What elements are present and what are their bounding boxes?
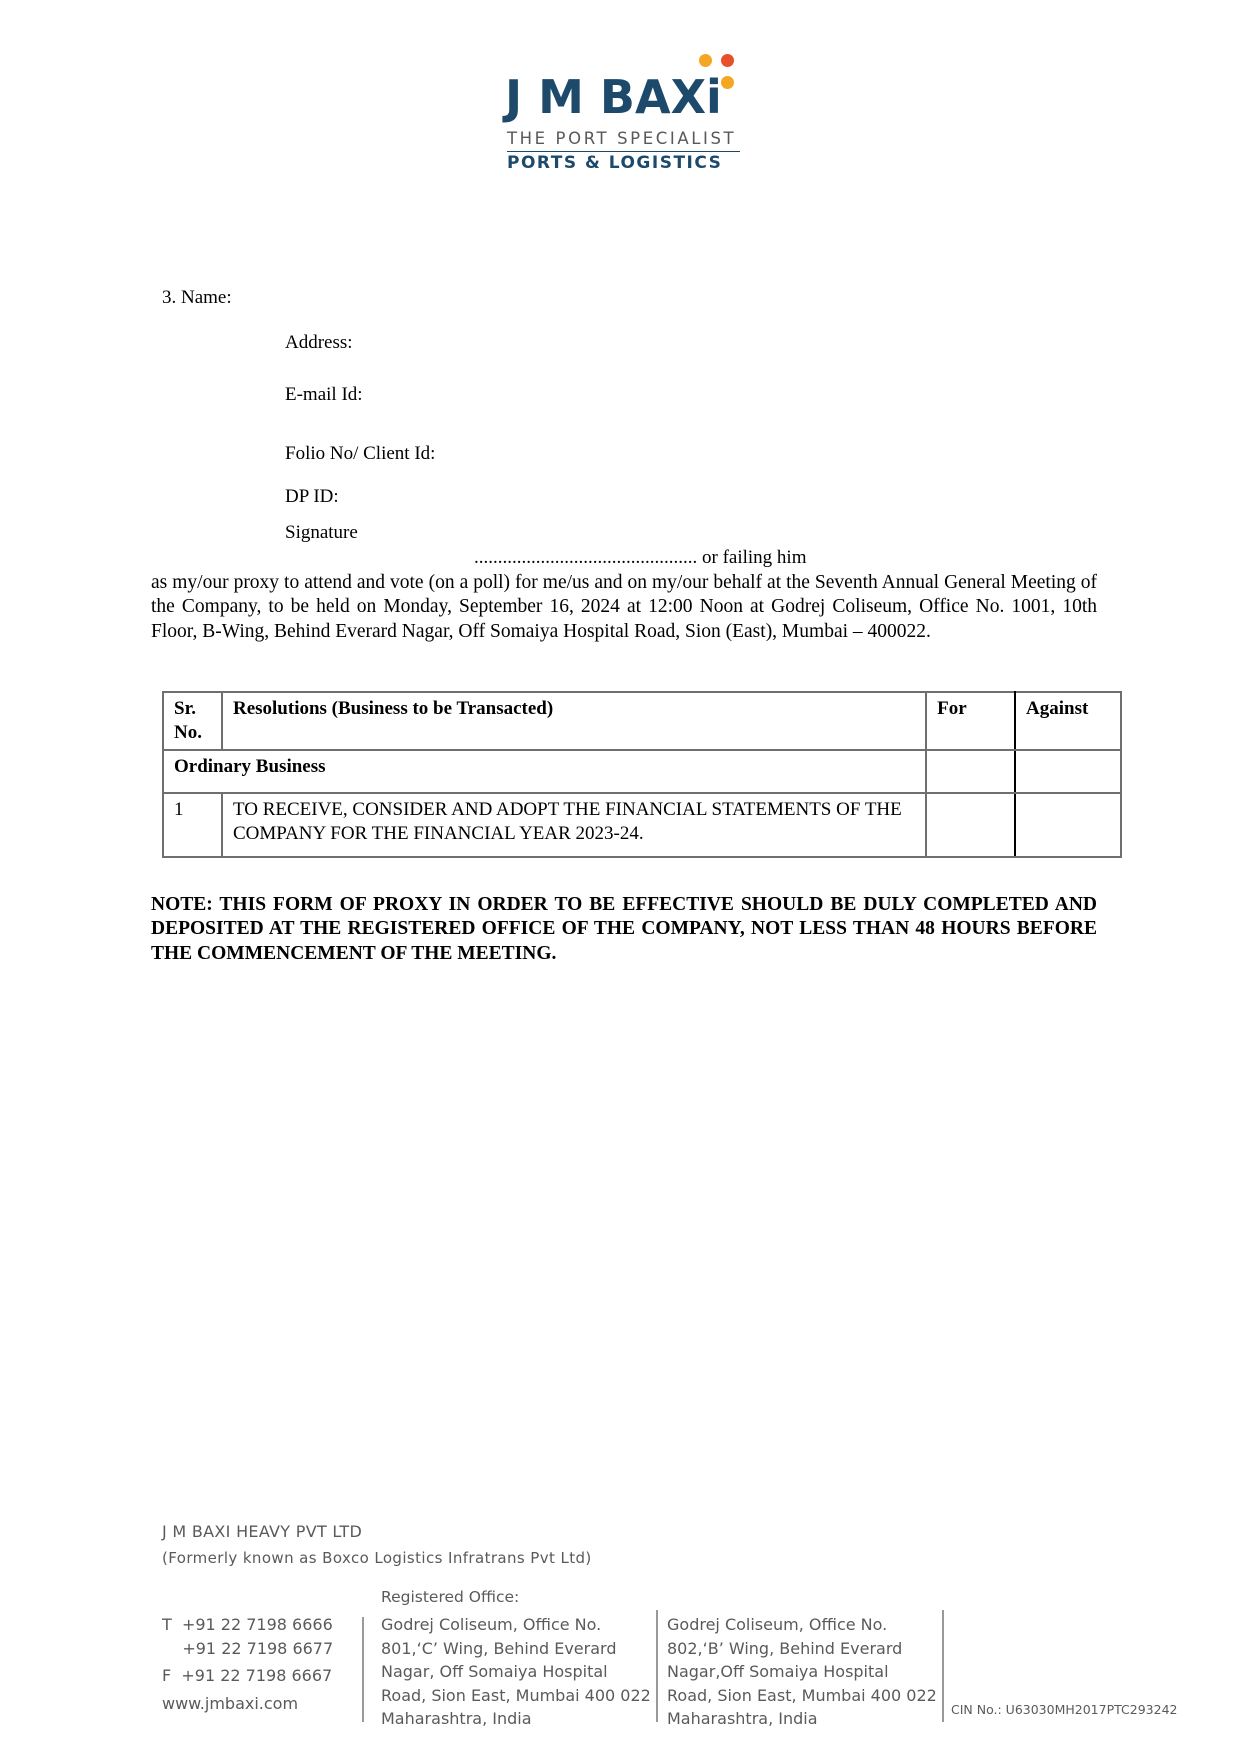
- footer-cin: CIN No.: U63030MH2017PTC293242: [951, 1702, 1177, 1717]
- logo-tagline: THE PORT SPECIALIST: [507, 131, 736, 148]
- address-line: Maharashtra, India: [381, 1707, 651, 1731]
- section-against-cell: [1015, 750, 1121, 793]
- proxy-paragraph: as my/our proxy to attend and vote (on a…: [151, 571, 1097, 644]
- address-line: 801,‘C’ Wing, Behind Everard: [381, 1637, 651, 1661]
- table-header-row: Sr. No. Resolutions (Business to be Tran…: [163, 692, 1121, 750]
- address-line: Nagar,Off Somaiya Hospital: [667, 1660, 937, 1684]
- address-line: Road, Sion East, Mumbai 400 022: [381, 1684, 651, 1708]
- header-for: For: [926, 692, 1015, 750]
- address-line: Godrej Coliseum, Office No.: [667, 1613, 937, 1637]
- header-resolution: Resolutions (Business to be Transacted): [222, 692, 926, 750]
- row-sr: 1: [163, 793, 222, 857]
- footer-fax: F +91 22 7198 6667: [162, 1664, 333, 1688]
- address-label: Address:: [285, 333, 353, 352]
- address-line: Nagar, Off Somaiya Hospital: [381, 1660, 651, 1684]
- table-row: 1 TO RECEIVE, CONSIDER AND ADOPT THE FIN…: [163, 793, 1121, 857]
- logo-dot-icon: [721, 76, 734, 89]
- section-title: Ordinary Business: [163, 750, 926, 793]
- address-line: Road, Sion East, Mumbai 400 022: [667, 1684, 937, 1708]
- proxy-note: NOTE: THIS FORM OF PROXY IN ORDER TO BE …: [151, 893, 1097, 966]
- section-row: Ordinary Business: [163, 750, 1121, 793]
- header-sr-no: Sr. No.: [163, 692, 222, 750]
- footer-second-address: Godrej Coliseum, Office No. 802,‘B’ Wing…: [667, 1613, 937, 1731]
- logo-dot-icon: [721, 54, 734, 67]
- email-label: E-mail Id:: [285, 385, 363, 404]
- footer-divider: [942, 1610, 944, 1722]
- failing-him-line: ........................................…: [474, 548, 806, 567]
- footer-registered-office-label: Registered Office:: [381, 1588, 519, 1606]
- dpid-label: DP ID:: [285, 487, 339, 506]
- header-against: Against: [1015, 692, 1121, 750]
- folio-label: Folio No/ Client Id:: [285, 444, 435, 463]
- logo-subline: PORTS & LOGISTICS: [507, 155, 722, 172]
- footer-formerly: (Formerly known as Boxco Logistics Infra…: [162, 1549, 592, 1567]
- signature-label: Signature: [285, 523, 358, 542]
- row-resolution: TO RECEIVE, CONSIDER AND ADOPT THE FINAN…: [222, 793, 926, 857]
- address-line: Godrej Coliseum, Office No.: [381, 1613, 651, 1637]
- address-line: 802,‘B’ Wing, Behind Everard: [667, 1637, 937, 1661]
- logo-wordmark: J M BAXi: [505, 74, 722, 120]
- footer-company-name: J M BAXI HEAVY PVT LTD: [162, 1522, 362, 1541]
- logo-divider: [507, 151, 740, 152]
- footer-registered-address: Godrej Coliseum, Office No. 801,‘C’ Wing…: [381, 1613, 651, 1731]
- row-for-cell[interactable]: [926, 793, 1015, 857]
- name-label: 3. Name:: [162, 288, 232, 307]
- footer-phone: T +91 22 7198 6666: [162, 1613, 333, 1637]
- resolutions-table: Sr. No. Resolutions (Business to be Tran…: [162, 691, 1122, 858]
- logo-dot-icon: [699, 54, 712, 67]
- footer-phone: +91 22 7198 6677: [162, 1637, 333, 1661]
- company-logo: J M BAXi THE PORT SPECIALIST PORTS & LOG…: [505, 52, 745, 180]
- section-for-cell: [926, 750, 1015, 793]
- address-line: Maharashtra, India: [667, 1707, 937, 1731]
- footer-divider: [362, 1617, 364, 1722]
- footer-website[interactable]: www.jmbaxi.com: [162, 1692, 333, 1716]
- row-against-cell[interactable]: [1015, 793, 1121, 857]
- footer-contact: T +91 22 7198 6666 +91 22 7198 6677 F +9…: [162, 1613, 333, 1715]
- footer-divider: [656, 1610, 658, 1722]
